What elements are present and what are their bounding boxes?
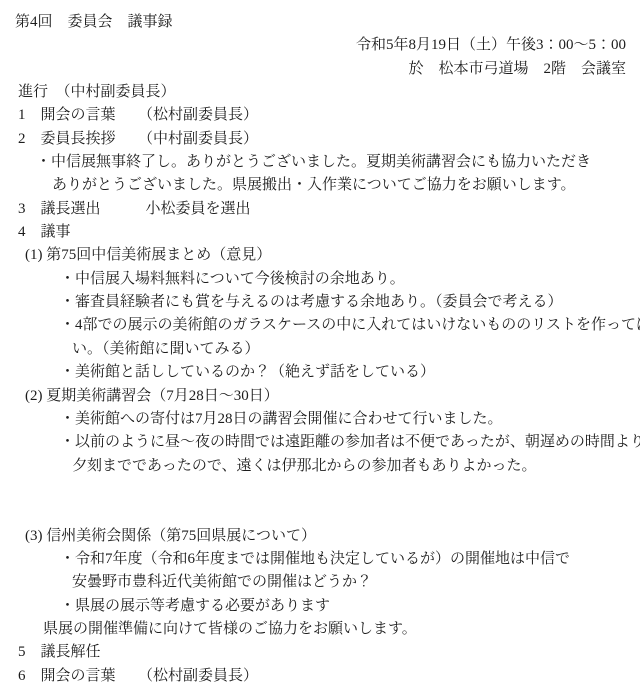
agenda-item-3: 3 議長選出 小松委員を選出 <box>0 198 640 221</box>
agenda-subitem-2: (2) 夏期美術講習会（7月28日～30日） <box>0 385 640 408</box>
note-continuation: ありがとうございました。県展搬出・入作業についてご協力をお願いします。 <box>0 174 640 197</box>
agenda-item-4: 4 議事 <box>0 221 640 244</box>
bullet-note: ・審査員経験者にも賞を与えるのは考慮する余地あり。（委員会で考える） <box>0 291 640 314</box>
bullet-note: ・令和7年度（令和6年度までは開催地も決定しているが）の開催地は中信で <box>0 548 640 571</box>
bullet-note: ・4部での展示の美術館のガラスケースの中に入れてはいけないもののリストを作ってほ… <box>0 314 640 337</box>
bullet-note: ・以前のように昼～夜の時間では遠距離の参加者は不便であったが、朝遅めの時間より <box>0 431 640 454</box>
agenda-subitem-3: (3) 信州美術会関係（第75回県展について） <box>0 525 640 548</box>
meeting-venue: 於 松本市弓道場 2階 会議室 <box>0 58 640 81</box>
meeting-minutes-document: 第4回 委員会 議事録 令和5年8月19日（土）午後3：00～5：00 於 松本… <box>0 0 640 687</box>
doc-title: 第4回 委員会 議事録 <box>0 11 640 34</box>
closing-request: 県展の開催準備に向けて皆様のご協力をお願いします。 <box>0 618 640 641</box>
note-continuation: 夕刻までであったので、遠くは伊那北からの参加者もありよかった。 <box>0 455 640 478</box>
moderator-line: 進行 （中村副委員長） <box>0 81 640 104</box>
bullet-note: ・中信展入場料無料について今後検討の余地あり。 <box>0 268 640 291</box>
blank-line <box>0 478 640 501</box>
blank-line <box>0 501 640 524</box>
bullet-note: ・県展の展示等考慮する必要があります <box>0 595 640 618</box>
agenda-item-5: 5 議長解任 <box>0 641 640 664</box>
agenda-item-2: 2 委員長挨拶 （中村副委員長） <box>0 128 640 151</box>
note-continuation: い。（美術館に聞いてみる） <box>0 338 640 361</box>
bullet-note: ・中信展無事終了し。ありがとうございました。夏期美術講習会にも協力いただき <box>0 151 640 174</box>
meeting-datetime: 令和5年8月19日（土）午後3：00～5：00 <box>0 34 640 57</box>
bullet-note: ・美術館への寄付は7月28日の講習会開催に合わせて行いました。 <box>0 408 640 431</box>
bullet-note: ・美術館と話ししているのか？（絶えず話をしている） <box>0 361 640 384</box>
agenda-subitem-1: (1) 第75回中信美術展まとめ（意見） <box>0 244 640 267</box>
note-continuation: 安曇野市豊科近代美術館での開催はどうか？ <box>0 571 640 594</box>
agenda-item-6: 6 開会の言葉 （松村副委員長） <box>0 665 640 687</box>
agenda-item-1: 1 開会の言葉 （松村副委員長） <box>0 104 640 127</box>
